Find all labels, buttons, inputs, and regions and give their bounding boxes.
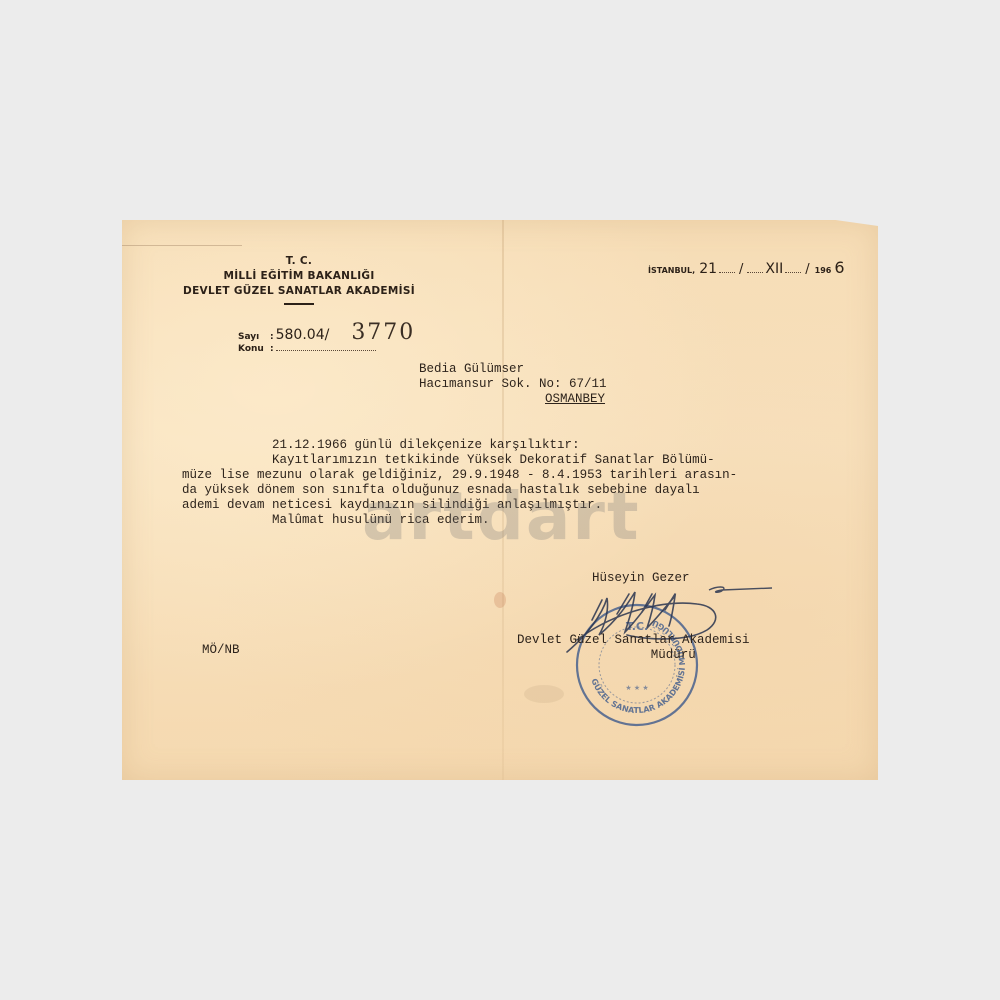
recipient-street: Hacımansur Sok. No: 67/11 <box>419 377 607 392</box>
reference-block: Sayı : 580.04/ 3770 Konu : <box>238 320 415 364</box>
signatory-name: Hüseyin Gezer <box>592 571 690 586</box>
konu-colon: : <box>270 344 274 354</box>
sayi-value: 580.04/ <box>276 327 330 343</box>
body-line: Kayıtlarımızın tetkikinde Yüksek Dekorat… <box>182 453 737 468</box>
date-day: 21 <box>699 261 717 277</box>
recipient-name: Bedia Gülümser <box>419 362 607 377</box>
paper-crease <box>122 245 242 246</box>
svg-text:★ ★ ★: ★ ★ ★ <box>625 684 648 692</box>
body-line: Malûmat husulünü rica ederim. <box>182 513 737 528</box>
signatory-title: Devlet Güzel Sanatlar AkademisiMüdürü <box>517 633 750 663</box>
body-line: ademi devam neticesi kaydınızın silindiğ… <box>182 498 737 513</box>
date-dots <box>719 272 735 273</box>
body-line: 21.12.1966 günlü dilekçenize karşılıktır… <box>182 438 737 453</box>
date-year-prefix: 196 <box>815 266 832 275</box>
sayi-label: Sayı <box>238 332 270 342</box>
paper-stain <box>494 592 506 608</box>
konu-value <box>276 342 376 351</box>
body-line: müze lise mezunu olarak geldiğiniz, 29.9… <box>182 468 737 483</box>
typist-initials: MÖ/NB <box>202 643 240 658</box>
signatory-title-line2: Müdürü <box>517 648 750 663</box>
konu-label: Konu <box>238 344 270 354</box>
konu-row: Konu : <box>238 342 415 364</box>
sayi-row: Sayı : 580.04/ 3770 <box>238 320 415 342</box>
date-slash: / <box>739 262 743 277</box>
letterhead-tc: T. C. <box>174 254 424 269</box>
recipient-address: Bedia GülümserHacımansur Sok. No: 67/11O… <box>419 362 607 407</box>
letterhead-academy: DEVLET GÜZEL SANATLAR AKADEMİSİ <box>174 284 424 299</box>
recipient-district: OSMANBEY <box>545 392 605 406</box>
date-month: XII <box>765 261 783 277</box>
date-dots <box>747 272 763 273</box>
date-city: İSTANBUL, <box>648 266 695 275</box>
letterhead-rule <box>284 303 314 305</box>
signatory-title-line1: Devlet Güzel Sanatlar Akademisi <box>517 633 750 648</box>
letterhead: T. C. MİLLİ EĞİTİM BAKANLIĞI DEVLET GÜZE… <box>174 254 424 305</box>
document-paper: T. C. MİLLİ EĞİTİM BAKANLIĞI DEVLET GÜZE… <box>122 220 878 780</box>
letterhead-ministry: MİLLİ EĞİTİM BAKANLIĞI <box>174 269 424 284</box>
paper-stain <box>524 685 564 703</box>
letter-body: 21.12.1966 günlü dilekçenize karşılıktır… <box>182 438 737 528</box>
sayi-colon: : <box>270 332 274 342</box>
date-slash: / <box>805 262 809 277</box>
dateline: İSTANBUL, 21 / XII / 196 6 <box>648 258 845 277</box>
body-line: da yüksek dönem son sınıfta olduğunuz es… <box>182 483 737 498</box>
date-year-suffix: 6 <box>834 258 844 277</box>
date-dots <box>785 272 801 273</box>
